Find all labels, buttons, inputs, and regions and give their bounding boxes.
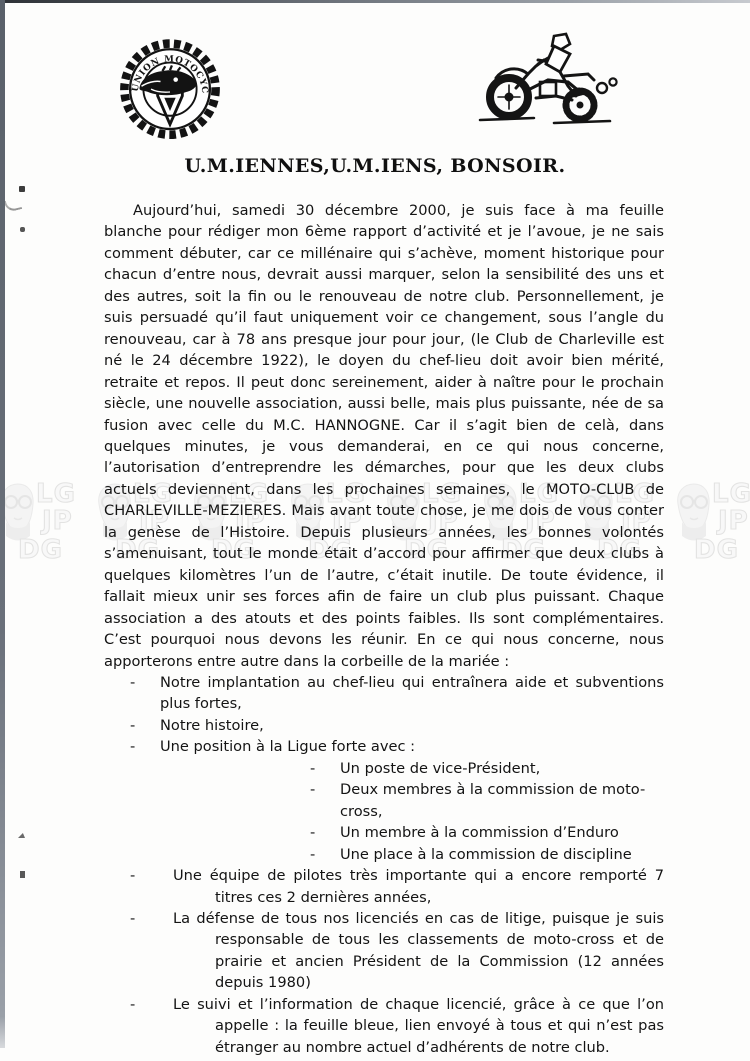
list-item: - Une position à la Ligue forte avec : (104, 736, 664, 757)
scan-speck (20, 871, 25, 878)
sub-bullet-list: - Un poste de vice-Président, - Deux mem… (104, 758, 664, 865)
list-item-text: Notre histoire, (160, 715, 664, 736)
bullet-dash: - (310, 779, 315, 800)
bullet-dash: - (130, 994, 135, 1015)
bullet-dash: - (130, 908, 135, 929)
club-badge-logo: UNION MOTOCYCLISTE DES ARDENNES (113, 34, 227, 150)
scan-speck (19, 186, 25, 192)
scan-speck (18, 833, 25, 838)
list-item-text: Notre implantation au chef-lieu qui entr… (160, 672, 664, 715)
front-wheel (490, 78, 528, 116)
watermark-letters-dg: DG (18, 535, 63, 565)
bullet-list: - Notre implantation au chef-lieu qui en… (104, 672, 664, 1058)
list-item: - Notre implantation au chef-lieu qui en… (104, 672, 664, 715)
list-item-text: Une position à la Ligue forte avec : (160, 736, 664, 757)
sub-list-item-text: Une place à la commission de discipline (340, 844, 664, 865)
sub-list-item: - Une place à la commission de disciplin… (104, 844, 664, 865)
sub-list-item-text: Un membre à la commission d’Enduro (340, 822, 664, 843)
list-item: - Notre histoire, (104, 715, 664, 736)
bullet-dash: - (310, 758, 315, 779)
watermark-letters-jp: JP (40, 506, 73, 536)
scan-speck (20, 227, 25, 232)
sub-list-item: - Deux membres à la commission de moto-c… (104, 779, 664, 822)
watermark-face-monogram: LG JP DG (670, 474, 750, 570)
bullet-dash: - (310, 844, 315, 865)
bullet-dash: - (130, 865, 135, 886)
scan-edge-top (0, 0, 750, 3)
scan-edge-left (0, 0, 5, 1048)
watermark-face-icon (678, 484, 709, 541)
scan-squiggle-mark (4, 197, 22, 213)
document-body: Aujourd’hui, samedi 30 décembre 2000, je… (104, 200, 664, 1058)
watermark-face-icon (2, 484, 33, 541)
intro-paragraph: Aujourd’hui, samedi 30 décembre 2000, je… (104, 200, 664, 672)
bullet-dash: - (130, 672, 135, 693)
list-item-text: La défense de tous nos licenciés en cas … (215, 908, 664, 994)
sub-list-item-text: Deux membres à la commission de moto-cro… (340, 779, 664, 822)
page-title: U.M.IENNES,U.M.IENS, BONSOIR. (0, 155, 750, 177)
watermark-letters-lg: LG (36, 479, 76, 509)
sub-list-item: - Un membre à la commission d’Enduro (104, 822, 664, 843)
exhaust-puffs (597, 78, 617, 93)
list-item-text: Le suivi et l’information de chaque lice… (215, 994, 664, 1058)
sub-list-item-text: Un poste de vice-Président, (340, 758, 664, 779)
list-item: - La défense de tous nos licenciés en ca… (104, 908, 664, 994)
list-item: - Une équipe de pilotes très importante … (104, 865, 664, 908)
scanned-document-page: LG JP DG LG JP DG (0, 0, 750, 1061)
bullet-dash: - (310, 822, 315, 843)
list-item: - Le suivi et l’information de chaque li… (104, 994, 664, 1058)
watermark-face-monogram: LG JP DG (0, 474, 88, 570)
watermark-letters-dg: DG (694, 535, 739, 565)
motocross-rider-drawing (476, 30, 622, 130)
sub-list-item: - Un poste de vice-Président, (104, 758, 664, 779)
bullet-dash: - (130, 715, 135, 736)
watermark-letters-lg: LG (712, 479, 750, 509)
bullet-dash: - (130, 736, 135, 757)
list-item-text: Une équipe de pilotes très importante qu… (215, 865, 664, 908)
watermark-letters-jp: JP (716, 506, 749, 536)
